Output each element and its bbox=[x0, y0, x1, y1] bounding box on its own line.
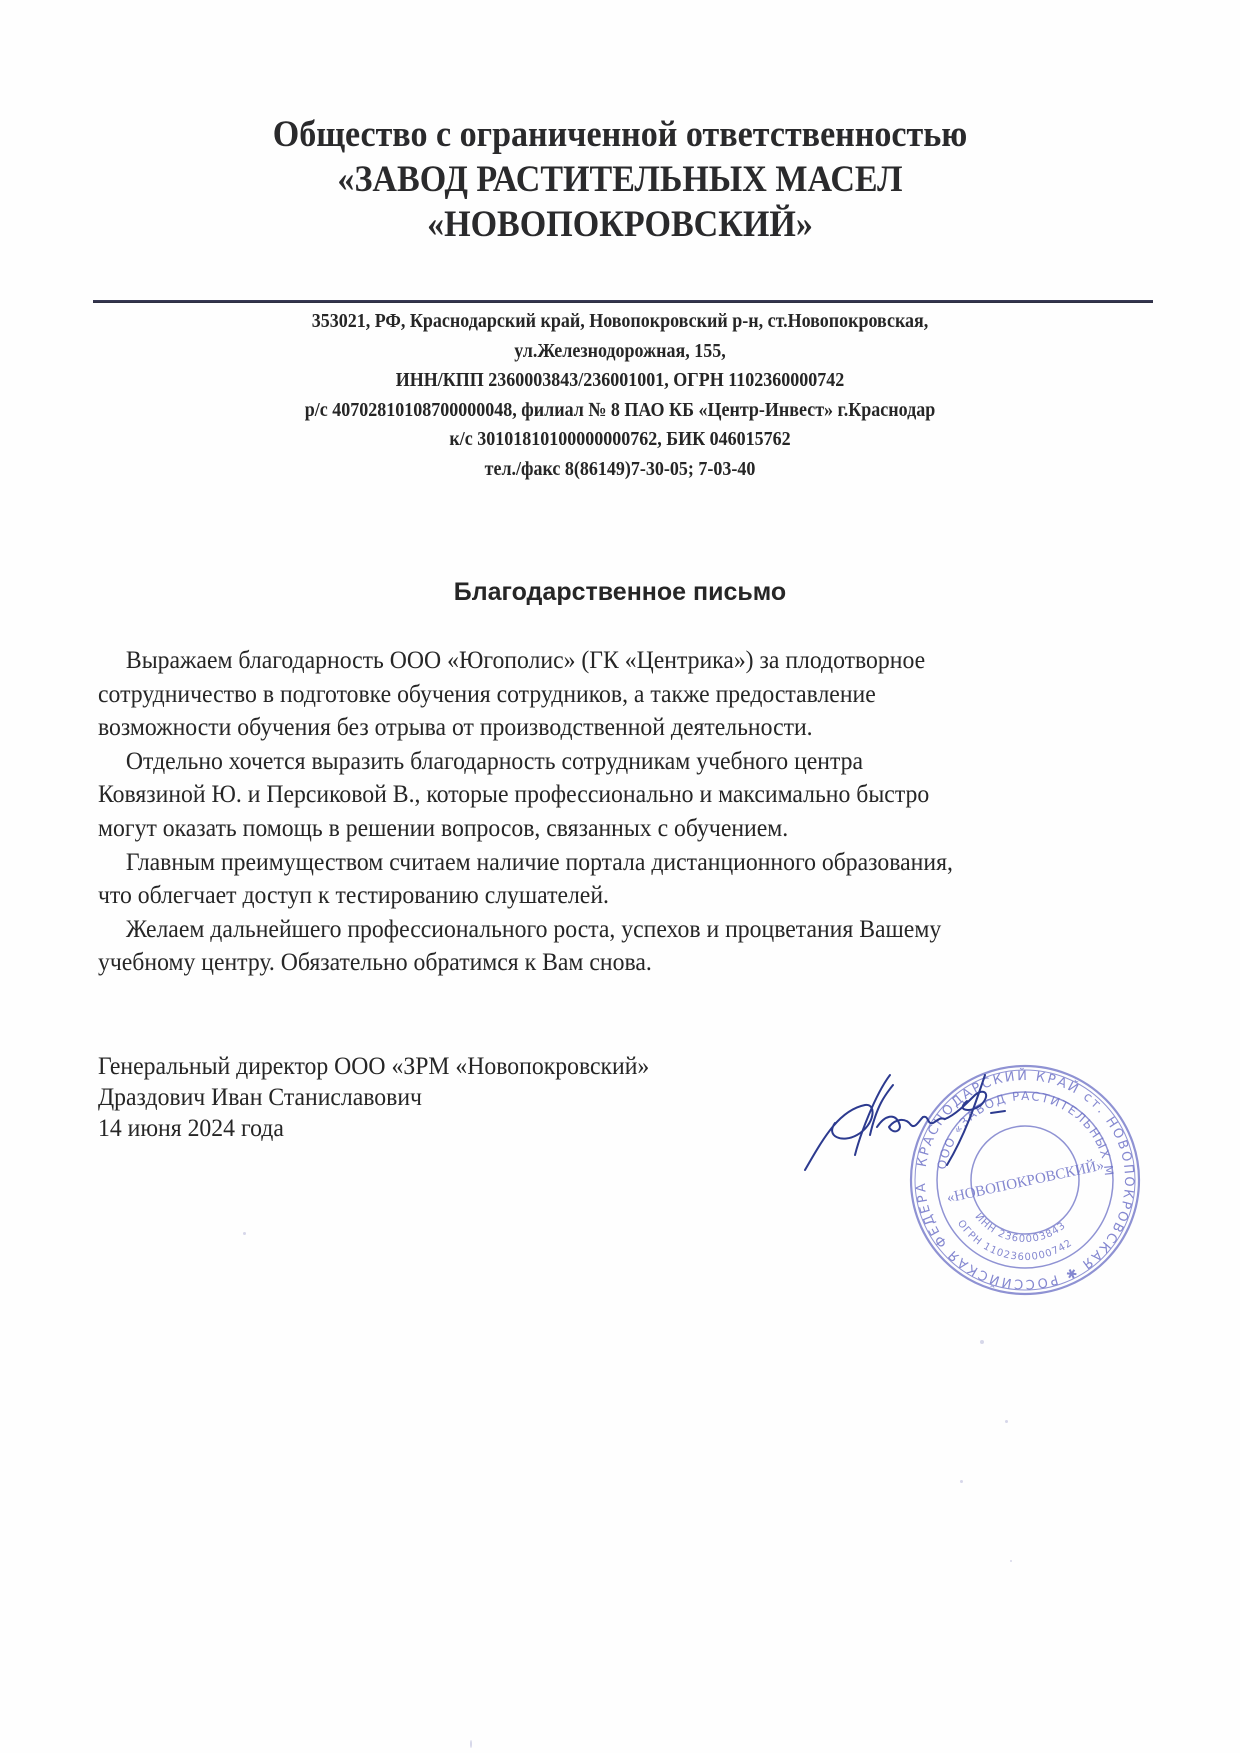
scan-speckle bbox=[470, 1740, 472, 1748]
org-name-line-3: «НОВОПОКРОВСКИЙ» bbox=[50, 202, 1191, 247]
header-divider bbox=[93, 300, 1153, 303]
signer-name: Драздович Иван Станиславович bbox=[98, 1081, 649, 1112]
body-line: могут оказать помощь в решении вопросов,… bbox=[98, 811, 1084, 845]
handwritten-signature-icon bbox=[795, 1065, 1015, 1185]
org-name-header: Общество с ограниченной ответственностью… bbox=[50, 112, 1191, 247]
letter-body: Выражаем благодарность ООО «Югополис» (Г… bbox=[98, 643, 1158, 979]
body-line: сотрудничество в подготовке обучения сот… bbox=[98, 677, 1084, 711]
signature-block: Генеральный директор ООО «ЗРМ «Новопокро… bbox=[98, 1050, 691, 1143]
body-line: учебному центру. Обязательно обратимся к… bbox=[98, 945, 1084, 979]
svg-text:ИНН 2360003843: ИНН 2360003843 bbox=[972, 1211, 1068, 1245]
org-name-line-1: Общество с ограниченной ответственностью bbox=[50, 112, 1191, 157]
body-line: возможности обучения без отрыва от произ… bbox=[98, 710, 1084, 744]
letter-page: Общество с ограниченной ответственностью… bbox=[0, 0, 1240, 1753]
org-name-line-2: «ЗАВОД РАСТИТЕЛЬНЫХ МАСЕЛ bbox=[50, 157, 1191, 202]
scan-speckle bbox=[960, 1480, 963, 1483]
signer-position: Генеральный директор ООО «ЗРМ «Новопокро… bbox=[98, 1050, 649, 1081]
requisite-corr-account: к/с 30101810100000000762, БИК 046015762 bbox=[62, 425, 1178, 455]
scan-speckle bbox=[1005, 1420, 1008, 1423]
body-line: Ковязиной Ю. и Персиковой В., которые пр… bbox=[98, 777, 1084, 811]
body-line: что облегчает доступ к тестированию слуш… bbox=[98, 878, 1084, 912]
body-line: Желаем дальнейшего профессионального рос… bbox=[98, 912, 1084, 946]
scan-speckle bbox=[243, 1232, 246, 1235]
requisite-phone-fax: тел./факс 8(86149)7-30-05; 7-03-40 bbox=[62, 455, 1178, 485]
letter-title: Благодарственное письмо bbox=[0, 578, 1240, 607]
body-line: Выражаем благодарность ООО «Югополис» (Г… bbox=[98, 643, 1084, 677]
body-line: Отдельно хочется выразить благодарность … bbox=[98, 744, 1084, 778]
org-requisites: 353021, РФ, Краснодарский край, Новопокр… bbox=[62, 307, 1178, 484]
scan-speckle bbox=[1010, 1560, 1012, 1562]
requisite-inn-kpp-ogrn: ИНН/КПП 2360003843/236001001, ОГРН 11023… bbox=[62, 366, 1178, 396]
letter-date: 14 июня 2024 года bbox=[98, 1112, 649, 1143]
body-line: Главным преимуществом считаем наличие по… bbox=[98, 845, 1084, 879]
requisite-address: 353021, РФ, Краснодарский край, Новопокр… bbox=[62, 307, 1178, 337]
requisite-bank-account: р/с 40702810108700000048, филиал № 8 ПАО… bbox=[62, 396, 1178, 426]
requisite-street: ул.Железнодорожная, 155, bbox=[62, 337, 1178, 367]
scan-speckle bbox=[980, 1340, 984, 1344]
